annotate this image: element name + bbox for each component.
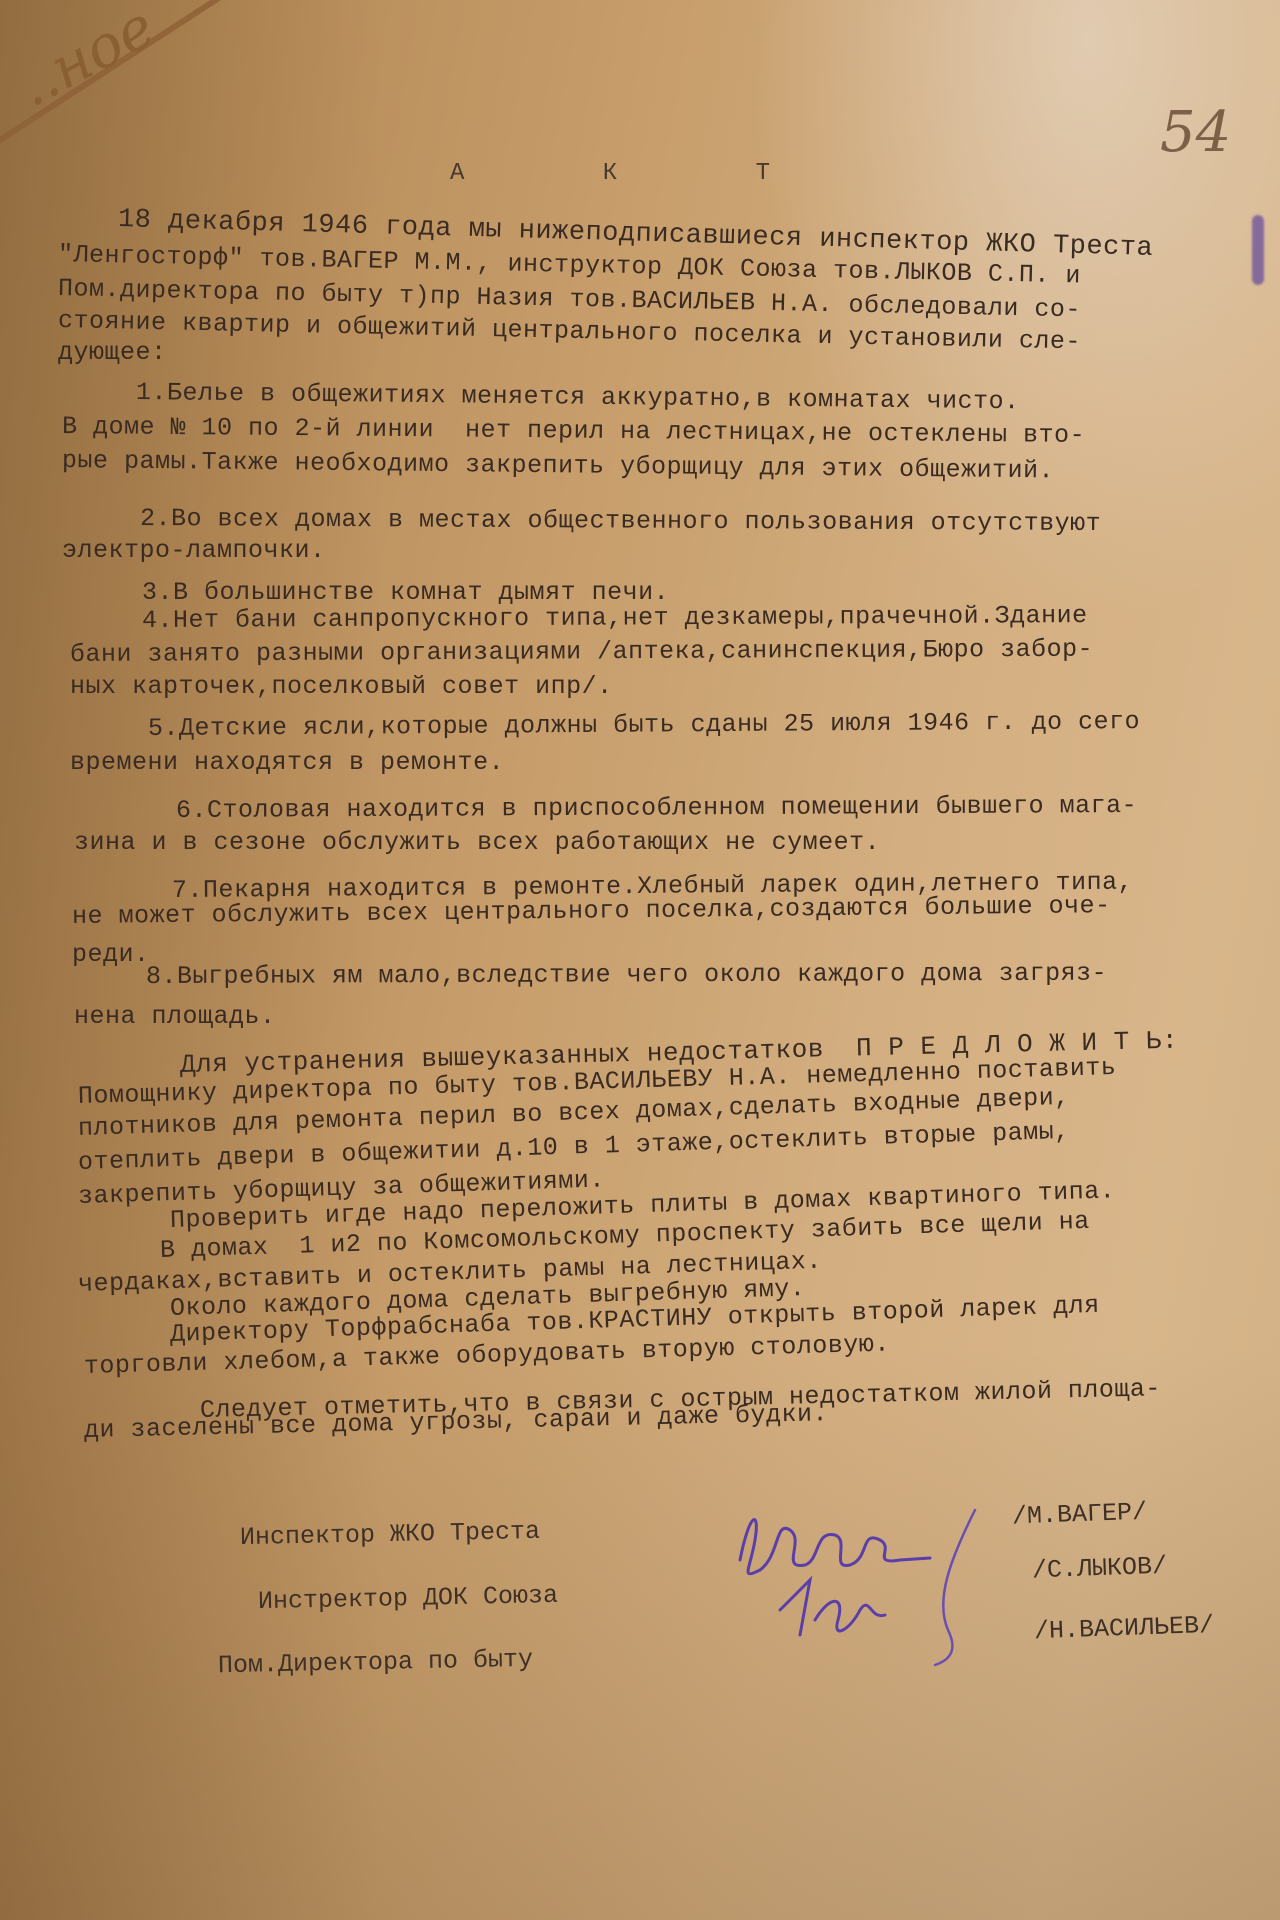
handwritten-signature bbox=[720, 1470, 1020, 1670]
signatory-position: Инспектор ЖКО Треста bbox=[240, 1517, 541, 1552]
text-line: 3.В большинстве комнат дымят печи. bbox=[142, 578, 669, 607]
signatory-name: /С.ЛЫКОВ/ bbox=[1032, 1552, 1168, 1586]
page-number: 54 bbox=[1160, 100, 1231, 165]
text-line: реди. bbox=[72, 940, 150, 969]
text-line: зина и в сезоне обслужить всех работающи… bbox=[74, 828, 880, 857]
text-line: рые рамы.Также необходимо закрепить убор… bbox=[62, 446, 1054, 485]
text-line: 6.Столовая находится в приспособленном п… bbox=[176, 791, 1137, 825]
text-line: 8.Выгребных ям мало,вследствие чего окол… bbox=[146, 959, 1107, 991]
handwritten-corner-note: ..ное bbox=[6, 0, 165, 120]
text-line: электро-лампочки. bbox=[62, 536, 326, 565]
signatory-position: Инстректор ДОК Союза bbox=[258, 1581, 559, 1616]
text-line: времени находятся в ремонте. bbox=[70, 748, 504, 777]
text-line: 2.Во всех домах в местах общественного п… bbox=[140, 504, 1101, 538]
ink-mark bbox=[1252, 215, 1264, 285]
text-line: нена площадь. bbox=[74, 1002, 276, 1031]
signatory-name: /Н.ВАСИЛЬЕВ/ bbox=[1034, 1611, 1215, 1646]
signatory-position: Пом.Директора по быту bbox=[218, 1645, 534, 1681]
text-line: дующее: bbox=[58, 338, 167, 367]
text-line: 1.Белье в общежитиях меняется аккуратно,… bbox=[136, 378, 1020, 416]
text-line: 5.Детские ясли,которые должны быть сданы… bbox=[148, 707, 1140, 743]
document-title: А К Т bbox=[450, 160, 832, 187]
text-line: В доме № 10 по 2-й линии нет перил на ле… bbox=[62, 412, 1085, 450]
text-line: ных карточек,поселковый совет ипр/. bbox=[70, 672, 613, 701]
text-line: 4.Нет бани санпропускного типа,нет дезка… bbox=[142, 601, 1088, 635]
text-line: бани занято разными организациями /аптек… bbox=[70, 635, 1093, 669]
signatory-name: /М.ВАГЕР/ bbox=[1012, 1498, 1148, 1532]
